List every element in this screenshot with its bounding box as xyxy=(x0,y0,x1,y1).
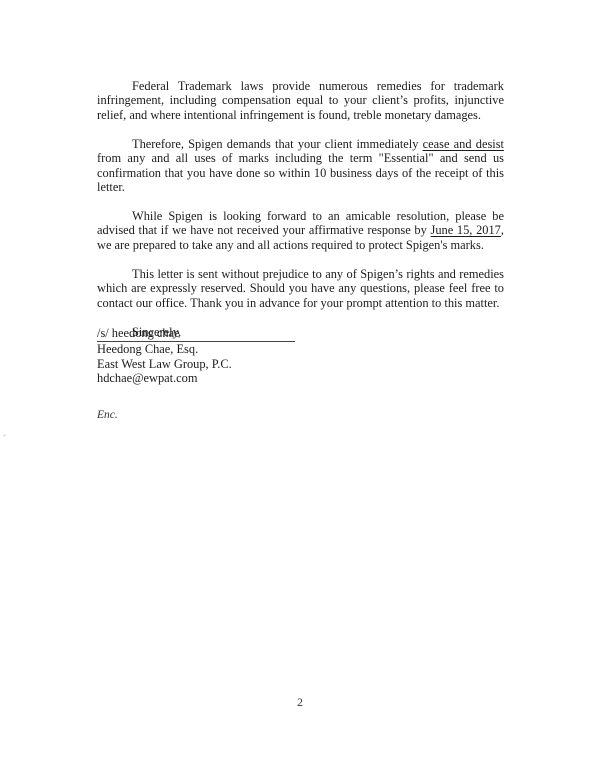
paragraph-demand: Therefore, Spigen demands that your clie… xyxy=(97,137,504,195)
demand-text-after: from any and all uses of marks including… xyxy=(97,151,504,194)
signer-name: Heedong Chae, Esq. xyxy=(97,342,295,357)
electronic-signature: /s/ heedong chae xyxy=(97,327,295,342)
demand-text-before: Therefore, Spigen demands that your clie… xyxy=(132,137,423,151)
cease-and-desist-underlined: cease and desist xyxy=(423,137,504,151)
signature-block: /s/ heedong chae Heedong Chae, Esq. East… xyxy=(97,326,295,386)
enclosure-note: Enc. xyxy=(97,409,118,421)
page-number: 2 xyxy=(0,697,600,709)
scan-speck xyxy=(3,434,6,437)
signer-email: hdchae@ewpat.com xyxy=(97,371,295,386)
paragraph-deadline: While Spigen is looking forward to an am… xyxy=(97,209,504,252)
signer-firm: East West Law Group, P.C. xyxy=(97,357,295,372)
deadline-date: June 15, 2017 xyxy=(431,223,501,237)
paragraph-remedies: Federal Trademark laws provide numerous … xyxy=(97,79,504,122)
paragraph-reservation: This letter is sent without prejudice to… xyxy=(97,267,504,310)
letter-body: Federal Trademark laws provide numerous … xyxy=(97,79,504,339)
